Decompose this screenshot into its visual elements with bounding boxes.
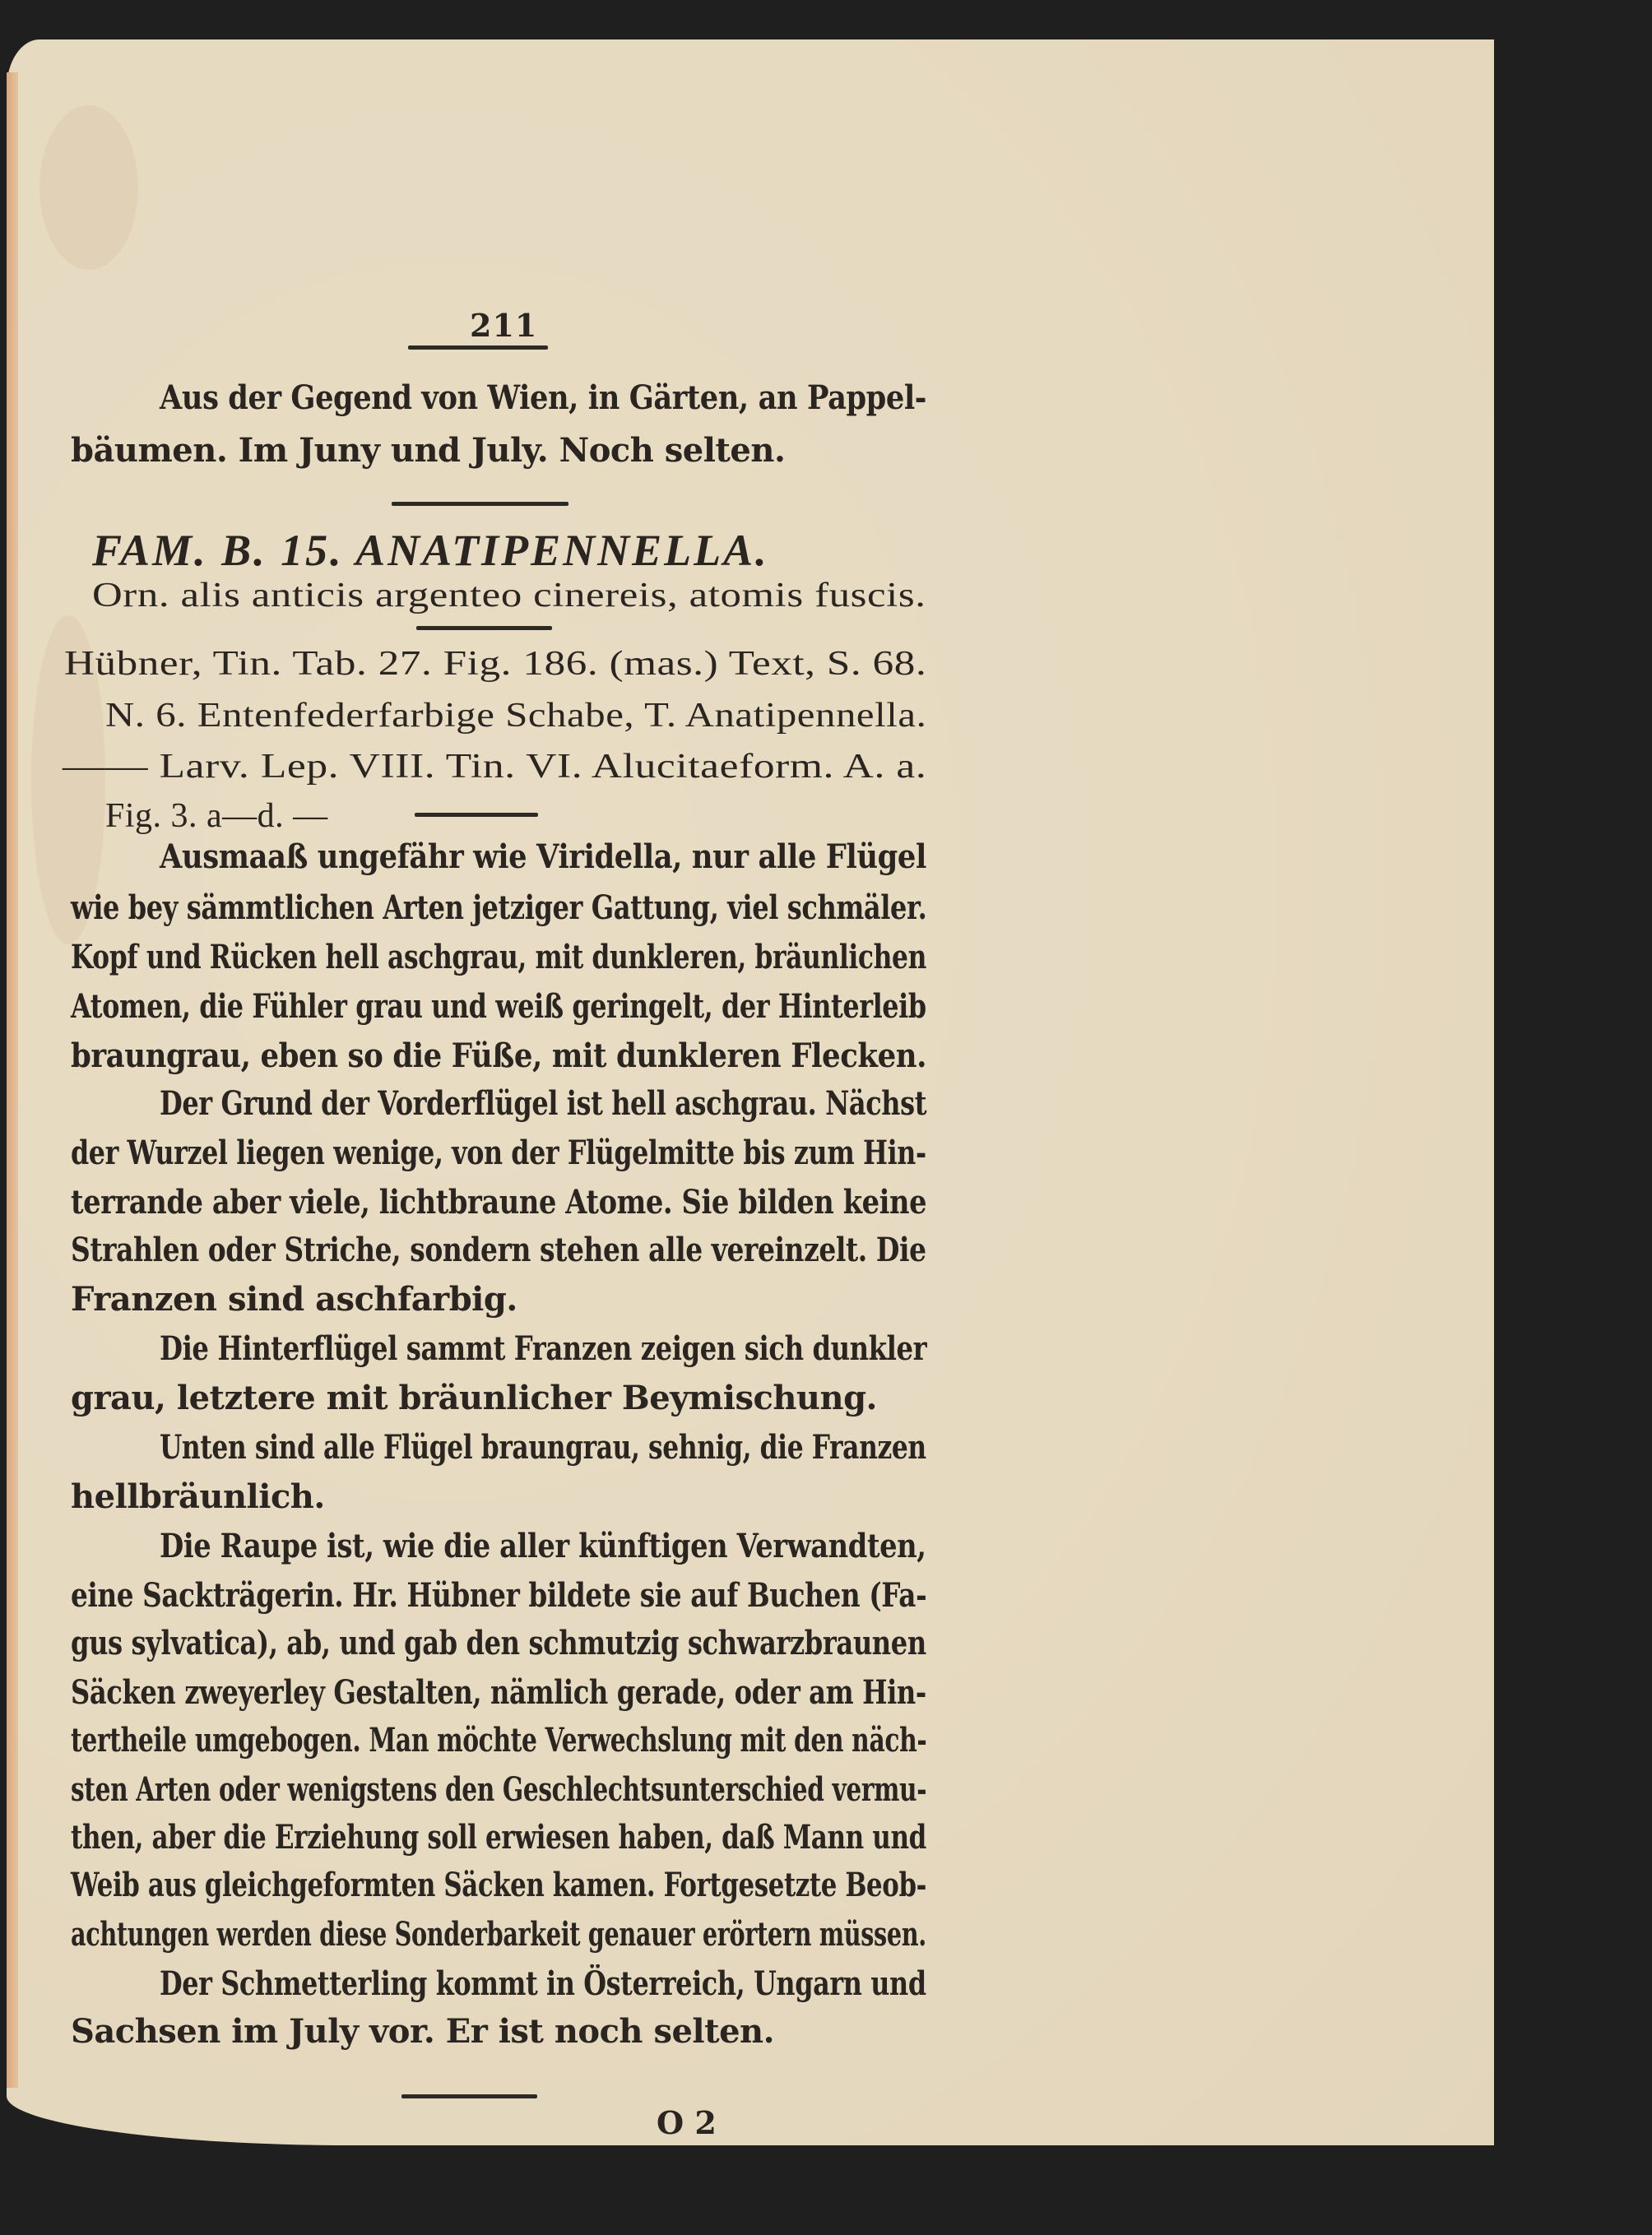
section-rule: [415, 813, 538, 817]
body-line: Franzen sind aschfarbig.: [71, 1280, 517, 1319]
footer-rule: [401, 2094, 537, 2098]
header-rule: [408, 345, 548, 350]
body-line: terrande aber viele, lichtbraune Atome. …: [71, 1183, 926, 1222]
body-line: der Wurzel liegen wenige, von der Flügel…: [71, 1134, 926, 1172]
body-line: hellbräunlich.: [71, 1477, 325, 1516]
body-line: gus sylvatica), ab, und gab den schmutzi…: [71, 1624, 926, 1662]
body-line: tertheile umgebogen. Man möchte Verwechs…: [71, 1721, 926, 1760]
body-line: Unten sind alle Flügel braungrau, sehnig…: [160, 1428, 926, 1467]
reference-line: N. 6. Entenfederfarbige Schabe, T. Anati…: [105, 696, 926, 735]
reference-line: Fig. 3. a—d. —: [105, 796, 328, 836]
body-line: braungrau, eben so die Füße, mit dunkler…: [71, 1036, 926, 1075]
book-page: 211 Aus der Gegend von Wien, in Gärten, …: [7, 39, 1494, 2145]
body-line: Säcken zweyerley Gestalten, nämlich gera…: [71, 1673, 926, 1712]
intro-line: Aus der Gegend von Wien, in Gärten, an P…: [160, 378, 926, 417]
body-line: achtungen werden diese Sonderbarkeit gen…: [71, 1915, 926, 1954]
paper-stain: [39, 105, 138, 270]
page-spine-edge: [7, 72, 18, 2088]
body-line: wie bey sämmtlichen Arten jetziger Gattu…: [71, 888, 926, 927]
body-line: Ausmaaß ungefähr wie Viridella, nur alle…: [160, 837, 926, 876]
body-line: Weib aus gleichgeformten Säcken kamen. F…: [71, 1866, 926, 1904]
reference-line: —— Larv. Lep. VIII. Tin. VI. Alucitaefor…: [63, 747, 926, 786]
species-heading: FAM. B. 15. ANATIPENNELLA.: [92, 525, 769, 576]
body-line: grau, letztere mit bräunlicher Beymischu…: [71, 1379, 877, 1417]
species-diagnosis: Orn. alis anticis argenteo cinereis, ato…: [92, 576, 926, 615]
intro-line: bäumen. Im Juny und July. Noch selten.: [71, 431, 785, 470]
body-line: eine Sackträgerin. Hr. Hübner bildete si…: [71, 1576, 926, 1615]
page-number: 211: [470, 307, 537, 344]
section-rule: [416, 626, 552, 630]
body-line: Die Raupe ist, wie die aller künftigen V…: [160, 1527, 926, 1565]
printer-signature: O 2: [657, 2104, 717, 2141]
body-line: sten Arten oder wenigstens den Geschlech…: [71, 1770, 926, 1809]
reference-line: Hübner, Tin. Tab. 27. Fig. 186. (mas.) T…: [64, 644, 926, 684]
body-line: Die Hinterflügel sammt Franzen zeigen si…: [160, 1329, 926, 1368]
body-line: Der Grund der Vorderflügel ist hell asch…: [160, 1084, 926, 1123]
section-rule: [392, 502, 568, 506]
body-line: Sachsen im July vor. Er ist noch selten.: [71, 2012, 774, 2051]
body-line: Atomen, die Fühler grau und weiß geringe…: [71, 987, 926, 1026]
body-line: then, aber die Erziehung soll erwiesen h…: [71, 1818, 926, 1857]
body-line: Kopf und Rücken hell aschgrau, mit dunkl…: [71, 938, 926, 976]
body-line: Strahlen oder Striche, sondern stehen al…: [71, 1231, 926, 1269]
body-line: Der Schmetterling kommt in Österreich, U…: [160, 1964, 926, 2003]
